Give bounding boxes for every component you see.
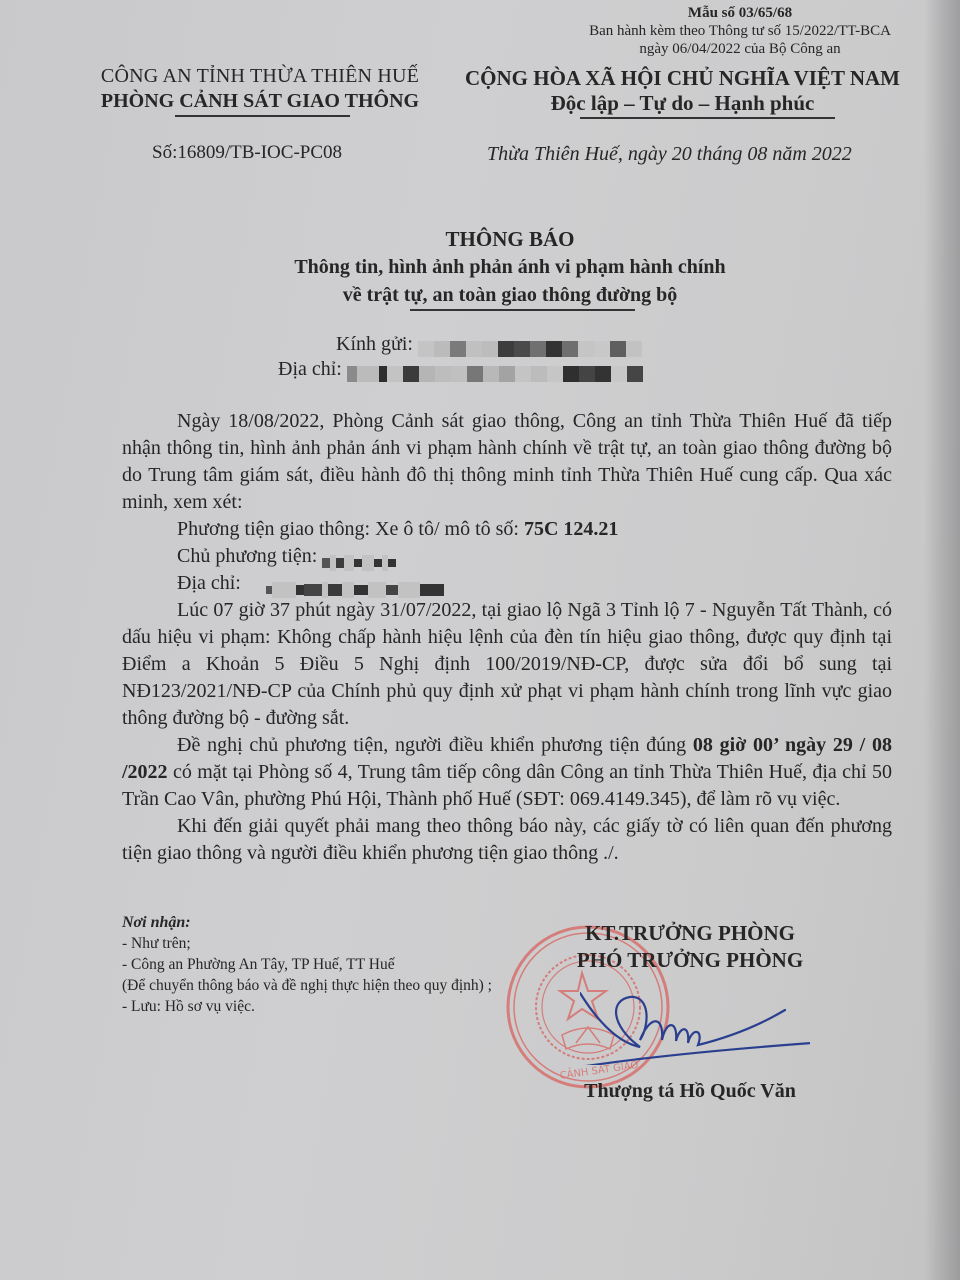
vehicle-line: Phương tiện giao thông: Xe ô tô/ mô tô s… — [122, 516, 892, 543]
signer-name: Thượng tá Hồ Quốc Văn — [540, 1080, 840, 1103]
document-number: Số:16809/TB-IOC-PC08 — [152, 142, 342, 164]
recipient-address-label: Địa chỉ: — [278, 358, 342, 380]
recipient-address: Địa chỉ: — [278, 358, 643, 381]
agency-header: CÔNG AN TỈNH THỪA THIÊN HUẾ PHÒNG CẢNH S… — [80, 64, 440, 117]
redacted-owner-name — [322, 548, 396, 566]
form-code-block: Mẫu số 03/65/68 Ban hành kèm theo Thông … — [570, 4, 910, 58]
recipients-list: Nơi nhận: - Như trên; - Công an Phường A… — [122, 912, 492, 1017]
owner-line: Chủ phương tiện: — [122, 543, 892, 570]
title-underline — [410, 309, 635, 311]
paragraph-documents: Khi đến giải quyết phải mang theo thông … — [122, 813, 892, 867]
page-edge-shadow — [924, 0, 960, 1280]
signature-title-2: PHÓ TRƯỞNG PHÒNG — [540, 947, 840, 974]
recipients-item: - Công an Phường An Tây, TP Huế, TT Huế — [122, 954, 492, 975]
form-number: Mẫu số 03/65/68 — [570, 4, 910, 22]
form-issued-by: Ban hành kèm theo Thông tư số 15/2022/TT… — [570, 22, 910, 40]
nation-motto: Độc lập – Tự do – Hạnh phúc — [455, 91, 910, 116]
paragraph-violation: Lúc 07 giờ 37 phút ngày 31/07/2022, tại … — [122, 597, 892, 732]
form-issued-date: ngày 06/04/2022 của Bộ Công an — [570, 40, 910, 58]
vehicle-plate: 75C 124.21 — [524, 518, 618, 540]
redacted-recipient-address — [347, 361, 643, 379]
title-sub-1: Thông tin, hình ảnh phản ánh vi phạm hàn… — [220, 253, 800, 281]
agency-parent: CÔNG AN TỈNH THỪA THIÊN HUẾ — [80, 64, 440, 89]
recipients-item: (Để chuyển thông báo và đề nghị thực hiệ… — [122, 975, 492, 996]
place-date: Thừa Thiên Huế, ngày 20 tháng 08 năm 202… — [487, 143, 852, 166]
recipient-to: Kính gửi: — [336, 333, 642, 356]
summons-text-post: có mặt tại Phòng số 4, Trung tâm tiếp cô… — [122, 761, 892, 810]
document-title: THÔNG BÁO Thông tin, hình ảnh phản ánh v… — [220, 226, 800, 311]
recipients-heading: Nơi nhận: — [122, 912, 492, 933]
body-section: Ngày 18/08/2022, Phòng Cảnh sát giao thô… — [122, 408, 892, 867]
title-sub-2: về trật tự, an toàn giao thông đường bộ — [220, 281, 800, 309]
agency-underline — [175, 115, 350, 117]
signature-block: KT.TRƯỞNG PHÒNG PHÓ TRƯỞNG PHÒNG — [540, 920, 840, 974]
paragraph-summons: Đề nghị chủ phương tiện, người điều khiể… — [122, 732, 892, 813]
motto-underline — [580, 117, 835, 119]
owner-address-line: Địa chỉ: — [122, 570, 892, 597]
nation-name: CỘNG HÒA XÃ HỘI CHỦ NGHĨA VIỆT NAM — [455, 66, 910, 91]
handwritten-signature-icon — [580, 985, 810, 1065]
owner-label: Chủ phương tiện: — [177, 545, 317, 567]
nation-header: CỘNG HÒA XÃ HỘI CHỦ NGHĨA VIỆT NAM Độc l… — [455, 66, 910, 119]
redacted-recipient-name — [418, 336, 642, 354]
recipient-to-label: Kính gửi: — [336, 333, 413, 355]
redacted-owner-address — [266, 575, 444, 593]
owner-address-label: Địa chỉ: — [177, 572, 241, 594]
vehicle-label: Phương tiện giao thông: Xe ô tô/ mô tô s… — [177, 518, 524, 540]
agency-name: PHÒNG CẢNH SÁT GIAO THÔNG — [80, 89, 440, 114]
paragraph-intro: Ngày 18/08/2022, Phòng Cảnh sát giao thô… — [122, 408, 892, 516]
summons-text-pre: Đề nghị chủ phương tiện, người điều khiể… — [177, 734, 693, 756]
recipients-item: - Như trên; — [122, 933, 492, 954]
title-main: THÔNG BÁO — [220, 226, 800, 253]
signature-title-1: KT.TRƯỞNG PHÒNG — [540, 920, 840, 947]
recipients-item: - Lưu: Hồ sơ vụ việc. — [122, 996, 492, 1017]
